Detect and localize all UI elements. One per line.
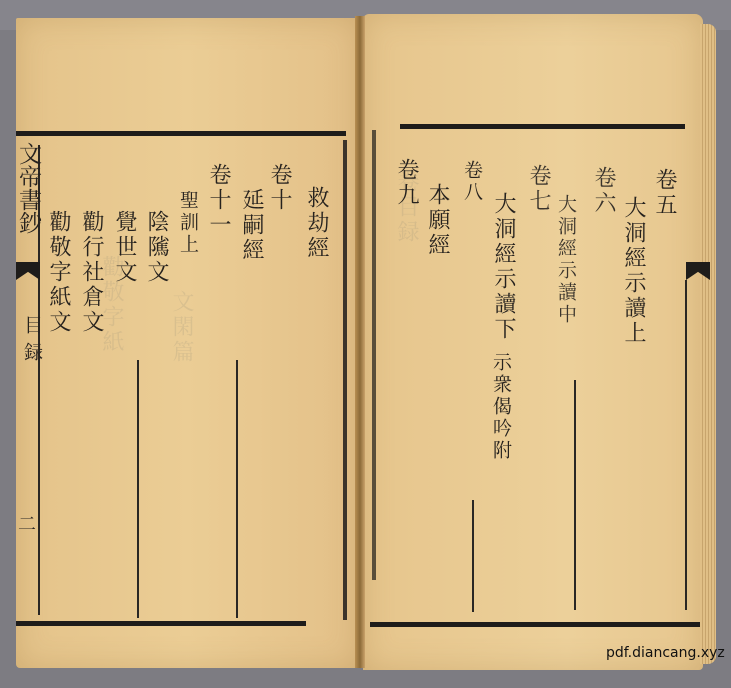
page-edges (700, 24, 716, 664)
folio-number: 二 (18, 510, 36, 536)
entry-dadong-shidu-xia: 大洞經示讀下 (492, 192, 514, 342)
show-through-text: 勸敬字紙 (96, 255, 127, 355)
entry-jiujie-jing: 救劫經 (305, 186, 327, 261)
heading-juan-liu: 卷六 (592, 166, 614, 216)
right-top-border (400, 124, 685, 129)
right-page (363, 14, 703, 670)
left-column-line-2 (236, 360, 238, 618)
entry-shizhong-jiyin-fu: 示衆偈吟附 (491, 352, 510, 462)
heading-juan-shiyi: 卷十一 (207, 163, 229, 238)
entry-quanjing-zizhi-wen: 勸敬字紙文 (47, 210, 69, 335)
heading-juan-qi: 卷七 (527, 164, 549, 214)
watermark: pdf.diancang.xyz (606, 645, 725, 661)
heading-juan-wu: 卷五 (653, 168, 675, 218)
left-outer-border (343, 140, 347, 620)
entry-shengxun-shang: 聖訓上 (178, 190, 197, 256)
book-gutter (355, 16, 365, 668)
right-column-line-2 (574, 380, 576, 610)
section-label-fold: 目録 (22, 315, 41, 369)
right-column-line-1 (472, 500, 474, 612)
left-bottom-border (16, 621, 306, 626)
heading-juan-shi: 卷十 (268, 163, 290, 213)
entry-dadong-shidu-shang: 大洞經示讀上 (622, 196, 644, 346)
left-column-line-1 (137, 360, 139, 618)
left-top-border (16, 131, 346, 136)
show-through-text: 文閑篇 (166, 290, 197, 365)
right-bottom-border (370, 622, 700, 627)
right-outer-line (685, 280, 687, 610)
heading-juan-jiu: 卷九 (395, 158, 417, 208)
entry-benyuan-jing: 本願經 (426, 183, 448, 258)
entry-yinzhi-wen: 陰隲文 (145, 210, 167, 285)
right-inner-border (372, 130, 376, 580)
heading-juan-ba: 卷八 (462, 160, 481, 204)
entry-dadong-shidu-zhong: 大洞經示讀中 (556, 194, 575, 326)
entry-yansi-jing: 延嗣經 (240, 188, 262, 263)
book-title-fold: 文帝書鈔 (16, 142, 39, 234)
